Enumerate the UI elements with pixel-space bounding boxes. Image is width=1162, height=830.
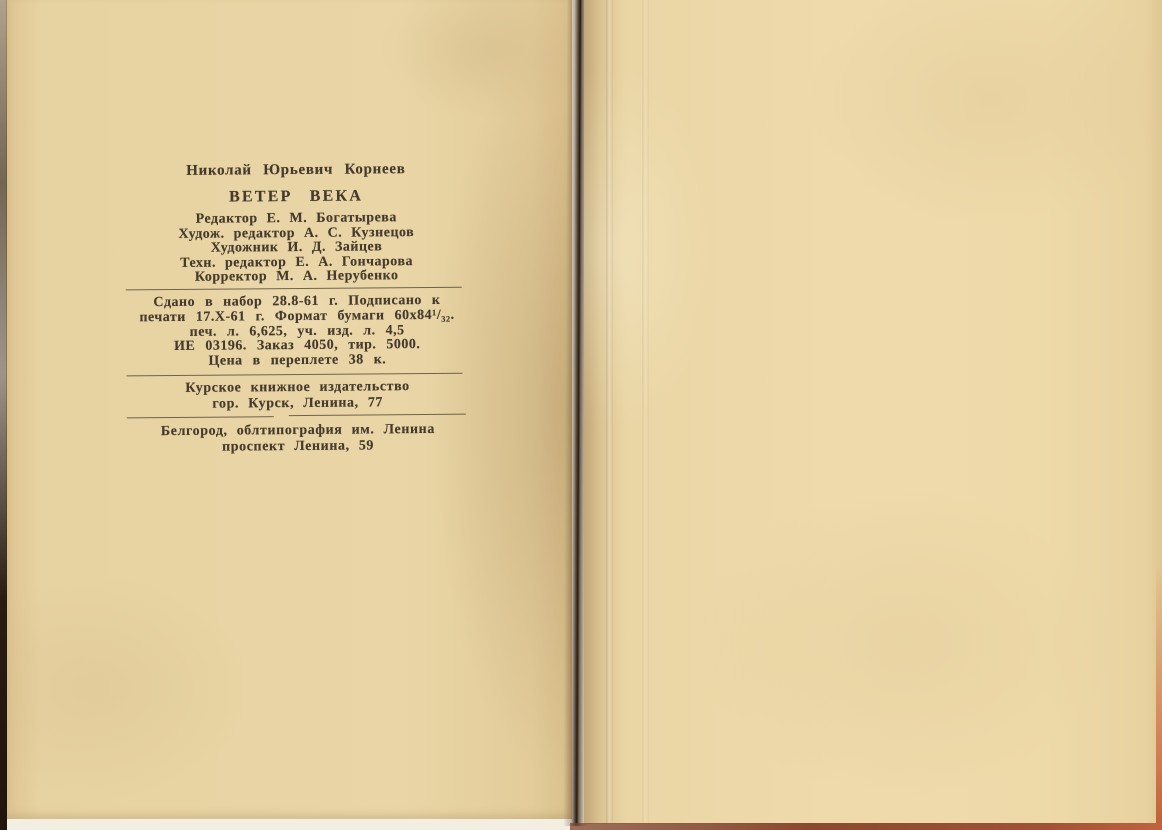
right-page-blank	[584, 0, 1162, 824]
divider-rule-top	[126, 287, 462, 291]
scanned-book-spread: Николай Юрьевич Корнеев ВЕТЕР ВЕКА Редак…	[0, 0, 1162, 830]
cover-edge-left	[0, 0, 7, 830]
book-title: ВЕТЕР ВЕКА	[115, 187, 477, 208]
publisher-address: гор. Курск, Ленина, 77	[117, 394, 479, 412]
cover-edge-right	[1156, 560, 1162, 830]
credits-block: Редактор Е. М. Богатырева Худож. редакто…	[115, 211, 478, 287]
publisher-block: Курское книжное издательство гор. Курск,…	[117, 379, 479, 413]
printer-address: проспект Ленина, 59	[117, 437, 479, 455]
divider-rule-bottom-left-segment	[127, 416, 274, 418]
author-line: Николай Юрьевич Корнеев	[115, 161, 477, 181]
imprint-block: Сдано в набор 28.8-61 г. Подписано к печ…	[116, 294, 479, 371]
divider-rule-middle	[126, 373, 462, 377]
printer-name: Белгород, облтипография им. Ленина	[117, 422, 479, 440]
divider-rule-bottom-right-segment	[289, 414, 466, 416]
left-page: Николай Юрьевич Корнеев ВЕТЕР ВЕКА Редак…	[6, 0, 572, 819]
credit-line-proofreader: Корректор М. А. Нерубенко	[116, 269, 478, 286]
colophon-block: Николай Юрьевич Корнеев ВЕТЕР ВЕКА Редак…	[115, 159, 479, 472]
scanner-background-strip	[7, 819, 567, 830]
paper-crease	[606, 0, 613, 824]
paper-crease	[642, 0, 649, 824]
cover-edge-bottom	[570, 823, 1162, 830]
imprint-line-price: Цена в переплете 38 к.	[116, 353, 478, 371]
printer-block: Белгород, облтипография им. Ленина просп…	[117, 422, 479, 456]
